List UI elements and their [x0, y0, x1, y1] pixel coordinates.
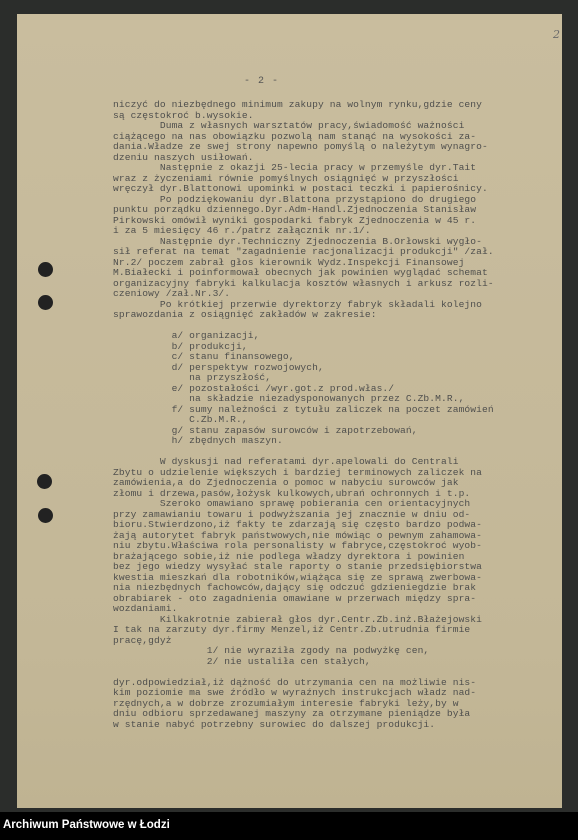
text-line: dania.Władze ze swej strony napewno pomy… [113, 142, 553, 153]
text-line [113, 667, 553, 678]
text-line: C.Zb.M.R., [113, 415, 553, 426]
text-line: obrabiarek - oto zagadnienia omawiane w … [113, 594, 553, 605]
text-line: wręczył dyr.Blattonowi upominki w postac… [113, 184, 553, 195]
text-line: Duma z własnych warsztatów pracy,świadom… [113, 121, 553, 132]
archive-name: Archiwum Państwowe w Łodzi [3, 819, 170, 831]
text-line: niu zbytu.Właściwa rola personalisty w f… [113, 541, 553, 552]
typewritten-body: niczyć do niezbędnego minimum zakupy na … [113, 100, 553, 730]
text-line: W dyskusji nad referatami dyr.apelowali … [113, 457, 553, 468]
punch-hole [38, 262, 53, 277]
text-line: na przyszłość, [113, 373, 553, 384]
text-line: sprawozdania z osiągnięć zakładów w zakr… [113, 310, 553, 321]
text-line: punktu porządku dziennego.Dyr.Adm-Handl.… [113, 205, 553, 216]
text-line: bez jego wiedzy wysyłać stale raporty o … [113, 562, 553, 573]
text-line: w stanie nabyć potrzebny surowiec do dal… [113, 720, 553, 731]
text-line: Szeroko omawiano sprawę pobierania cen o… [113, 499, 553, 510]
text-line: niczyć do niezbędnego minimum zakupy na … [113, 100, 553, 111]
text-line: wozdaniami. [113, 604, 553, 615]
punch-hole [38, 508, 53, 523]
typed-page-marker: - 2 - [244, 76, 279, 87]
punch-hole [38, 295, 53, 310]
text-line: sił referat na temat "zagadnienie racjon… [113, 247, 553, 258]
text-line: na składzie niezadysponowanych przez C.Z… [113, 394, 553, 405]
text-line: i za 5 miesięcy 46 r./patrz załącznik nr… [113, 226, 553, 237]
text-line: 1/ nie wyraziła zgody na podwyżkę cen, [113, 646, 553, 657]
text-line: zamówienia,a do Zjednoczenia o pomoc w n… [113, 478, 553, 489]
text-line: M.Białecki i poinformował obecnych jak p… [113, 268, 553, 279]
text-line: I tak na zarzuty dyr.firmy Menzel,iż Cen… [113, 625, 553, 636]
text-line: kim poziomie ma swe źródło w wyraźnych i… [113, 688, 553, 699]
punch-hole [37, 474, 52, 489]
text-line: 2/ nie ustaliła cen stałych, [113, 657, 553, 668]
archive-footer: Archiwum Państwowe w Łodzi [0, 812, 578, 840]
text-line: czeniowy /zał.Nr.3/. [113, 289, 553, 300]
text-line: c/ stanu finansowego, [113, 352, 553, 363]
text-line: bioru.Stwierdzono,iż fakty te zdarzają s… [113, 520, 553, 531]
text-line: h/ zbędnych maszyn. [113, 436, 553, 447]
text-line: Następnie z okazji 25-lecia pracy w prze… [113, 163, 553, 174]
handwritten-page-number: 2 [553, 28, 560, 41]
text-line: dniu odbioru sprzedawanej maszyny za otr… [113, 709, 553, 720]
text-line: a/ organizacji, [113, 331, 553, 342]
text-line: nia niezbędnych fachowców,dający się odc… [113, 583, 553, 594]
